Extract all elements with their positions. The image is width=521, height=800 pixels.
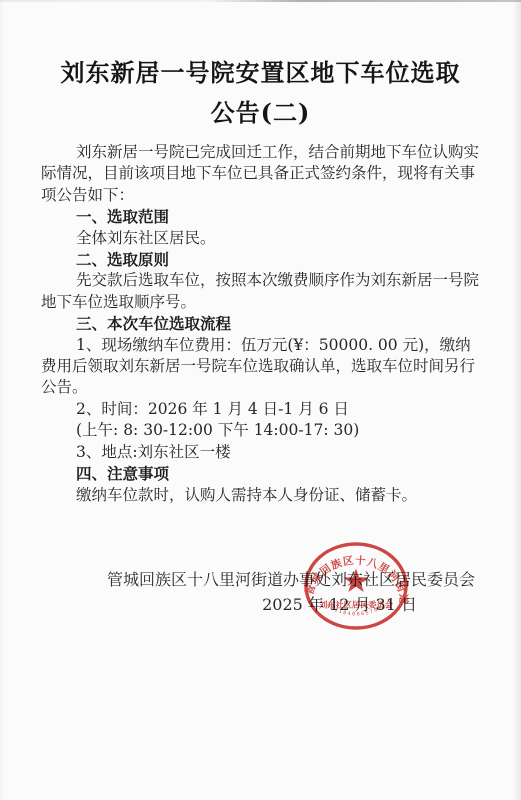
body-line: 2、时间：2026 年 1 月 4 日-1 月 6 日 <box>41 399 481 420</box>
document-title-line2: 公告(二) <box>0 98 521 128</box>
body-line: 全体刘东社区居民。 <box>41 228 481 249</box>
issue-date: 2025 年 12 月 31 日 <box>0 594 521 616</box>
body-line: 地下车位选取顺序号。 <box>41 292 481 313</box>
body-line: 项公告如下： <box>41 185 481 206</box>
document-footer: 管城回族区十八里河街道办事处刘东社区居民委员会 2025 年 12 月 31 日 <box>0 569 521 616</box>
body-line: 1、现场缴纳车位费用：伍万元(¥：50000. 00 元)，缴纳 <box>41 335 481 356</box>
body-line: 公告。 <box>41 377 481 398</box>
scan-artifact-right-edge <box>512 0 521 800</box>
document-title-line1: 刘东新居一号院安置区地下车位选取 <box>0 0 521 89</box>
issuer-signature: 管城回族区十八里河街道办事处刘东社区居民委员会 <box>0 569 521 591</box>
scan-artifact-left-edge <box>0 0 5 800</box>
section-heading: 一、选取范围 <box>41 206 481 227</box>
body-line: 先交款后选取车位，按照本次缴费顺序作为刘东新居一号院 <box>41 270 481 291</box>
announcement-document: 刘东新居一号院安置区地下车位选取 公告(二) 刘东新居一号院已完成回迁工作，结合… <box>0 0 521 800</box>
body-line: 3、地点:刘东社区一楼 <box>41 442 481 463</box>
body-line: 际情况，目前该项目地下车位已具备正式签约条件，现将有关事 <box>41 163 481 184</box>
section-heading: 四、注意事项 <box>41 463 481 484</box>
body-line: 缴纳车位款时，认购人需持本人身份证、储蓄卡。 <box>41 485 481 506</box>
scan-artifact-top-edge <box>0 0 521 2</box>
document-body: 刘东新居一号院已完成回迁工作，结合前期地下车位认购实 际情况，目前该项目地下车位… <box>0 142 521 506</box>
body-line: 刘东新居一号院已完成回迁工作，结合前期地下车位认购实 <box>41 142 481 163</box>
body-line: (上午: 8: 30-12:00 下午 14:00-17: 30) <box>41 420 481 441</box>
section-heading: 二、选取原则 <box>41 249 481 270</box>
body-line: 费用后领取刘东新居一号院车位选取确认单，选取车位时间另行 <box>41 356 481 377</box>
section-heading: 三、本次车位选取流程 <box>41 313 481 334</box>
